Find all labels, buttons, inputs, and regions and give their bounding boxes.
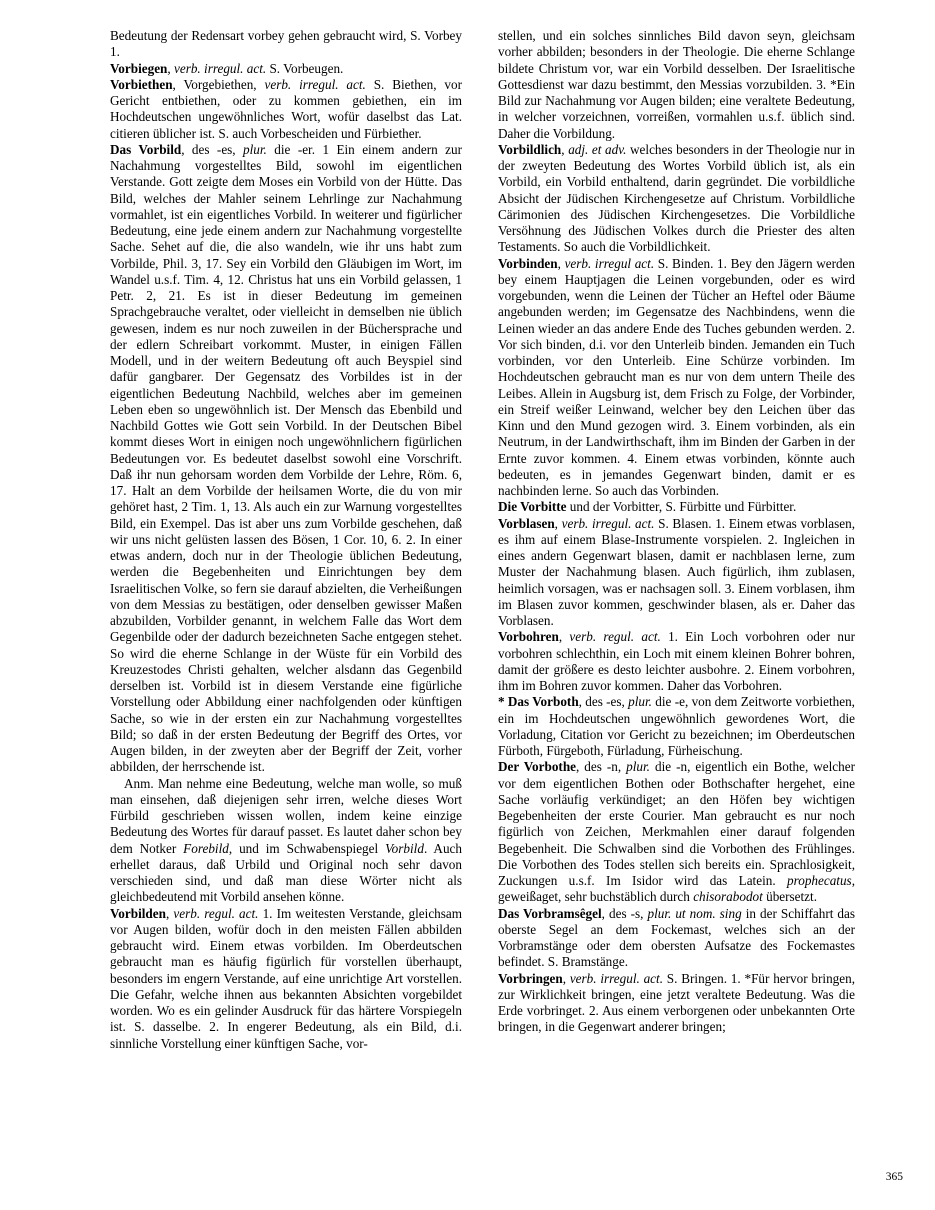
entry-text: und der Vorbitter, S. Fürbitte und Fürbi… bbox=[567, 499, 797, 514]
entry-vorbiethen: Vorbiethen, Vorgebiethen, verb. irregul.… bbox=[110, 77, 462, 142]
headword: Vorbiethen bbox=[110, 77, 173, 92]
entry-text: S. Vorbeugen. bbox=[266, 61, 343, 76]
entry-das-vorbild: Das Vorbild, des -es, plur. die -er. 1 E… bbox=[110, 142, 462, 776]
grammar-label: Vorbild bbox=[385, 841, 424, 856]
entry-text: welches besonders in der Theologie nur i… bbox=[498, 142, 855, 255]
headword: Vorbinden bbox=[498, 256, 558, 271]
entry-text: , bbox=[563, 971, 570, 986]
entry-vorbilden: Vorbilden, verb. regul. act. 1. Im weite… bbox=[110, 906, 462, 1052]
headword: Vorbringen bbox=[498, 971, 563, 986]
entry-die-vorbitte: Die Vorbitte und der Vorbitter, S. Fürbi… bbox=[498, 499, 855, 515]
entry-text: übersetzt. bbox=[763, 889, 817, 904]
entry-vorbinden: Vorbinden, verb. irregul act. S. Binden.… bbox=[498, 256, 855, 500]
entry-vorblasen: Vorblasen, verb. irregul. act. S. Blasen… bbox=[498, 516, 855, 630]
entry-vorbringen: Vorbringen, verb. irregul. act. S. Bring… bbox=[498, 971, 855, 1036]
entry-text: Bedeutung der Redensart vorbey gehen geb… bbox=[110, 28, 462, 59]
entry-text: , des -n, bbox=[576, 759, 626, 774]
entry-vorbohren: Vorbohren, verb. regul. act. 1. Ein Loch… bbox=[498, 629, 855, 694]
entry-text: die -n, eigentlich ein Bothe, welcher vo… bbox=[498, 759, 855, 888]
grammar-label: verb. irregul. act. bbox=[174, 61, 266, 76]
grammar-label: plur. bbox=[243, 142, 267, 157]
entry-text: stellen, und ein solches sinnliches Bild… bbox=[498, 28, 855, 141]
headword: Vorbohren bbox=[498, 629, 559, 644]
entry-text: 1. Im weitesten Verstande, gleichsam vor… bbox=[110, 906, 462, 1051]
right-text-column: stellen, und ein solches sinnliches Bild… bbox=[498, 28, 855, 1170]
headword: Das Vorbild bbox=[110, 142, 181, 157]
grammar-label: verb. regul. act. bbox=[173, 906, 258, 921]
note-anm: Anm. Man nehme eine Bedeutung, welche ma… bbox=[110, 776, 462, 906]
page-number: 365 bbox=[886, 1170, 903, 1184]
headword: Vorblasen bbox=[498, 516, 555, 531]
grammar-label: verb. irregul. act. bbox=[570, 971, 663, 986]
headword: Der Vorbothe bbox=[498, 759, 576, 774]
entry-text: , bbox=[555, 516, 562, 531]
entry-text: S. Binden. 1. Bey den Jägern werden bey … bbox=[498, 256, 855, 499]
entry-text: , bbox=[559, 629, 570, 644]
entry-text: die -er. 1 Ein einem andern zur Nachahmu… bbox=[110, 142, 462, 775]
entry-das-vorbramsegel: Das Vorbramsêgel, des -s, plur. ut nom. … bbox=[498, 906, 855, 971]
grammar-label: verb. irregul. act. bbox=[562, 516, 655, 531]
grammar-label: verb. regul. act. bbox=[569, 629, 660, 644]
grammar-label: verb. irregul act. bbox=[565, 256, 655, 271]
entry-text: , und im Schwabenspiegel bbox=[229, 841, 385, 856]
grammar-label: chisorabodot bbox=[693, 889, 763, 904]
grammar-label: plur. bbox=[628, 694, 652, 709]
headword: Die Vorbitte bbox=[498, 499, 567, 514]
headword: Vorbiegen bbox=[110, 61, 167, 76]
grammar-label: verb. irregul. act. bbox=[264, 77, 365, 92]
headword: Das Vorbramsêgel bbox=[498, 906, 602, 921]
grammar-label: Forebild bbox=[183, 841, 229, 856]
headword: Vorbildlich bbox=[498, 142, 561, 157]
entry-vorbildlich: Vorbildlich, adj. et adv. welches besond… bbox=[498, 142, 855, 256]
entry-das-vorboth: * Das Vorboth, des -es, plur. die -e, vo… bbox=[498, 694, 855, 759]
entry-text: , bbox=[558, 256, 565, 271]
headword: Vorbilden bbox=[110, 906, 166, 921]
grammar-label: plur. bbox=[626, 759, 650, 774]
left-text-column: Bedeutung der Redensart vorbey gehen geb… bbox=[110, 28, 462, 1170]
continuation-vorbilden: stellen, und ein solches sinnliches Bild… bbox=[498, 28, 855, 142]
entry-text: , Vorgebiethen, bbox=[173, 77, 265, 92]
grammar-label: plur. ut nom. sing bbox=[647, 906, 741, 921]
grammar-label: prophecatus bbox=[787, 873, 852, 888]
headword: * Das Vorboth bbox=[498, 694, 579, 709]
entry-text: , bbox=[167, 61, 174, 76]
entry-text: , des -es, bbox=[579, 694, 629, 709]
entry-der-vorbothe: Der Vorbothe, des -n, plur. die -n, eige… bbox=[498, 759, 855, 905]
entry-text: , des -es, bbox=[181, 142, 243, 157]
entry-text: , des -s, bbox=[602, 906, 648, 921]
continuation-vorbey: Bedeutung der Redensart vorbey gehen geb… bbox=[110, 28, 462, 61]
entry-vorbiegen: Vorbiegen, verb. irregul. act. S. Vorbeu… bbox=[110, 61, 462, 77]
grammar-label: adj. et adv. bbox=[568, 142, 626, 157]
entry-text: S. Blasen. 1. Einem etwas vorblasen, es … bbox=[498, 516, 855, 629]
dictionary-page: Bedeutung der Redensart vorbey gehen geb… bbox=[0, 0, 935, 1210]
